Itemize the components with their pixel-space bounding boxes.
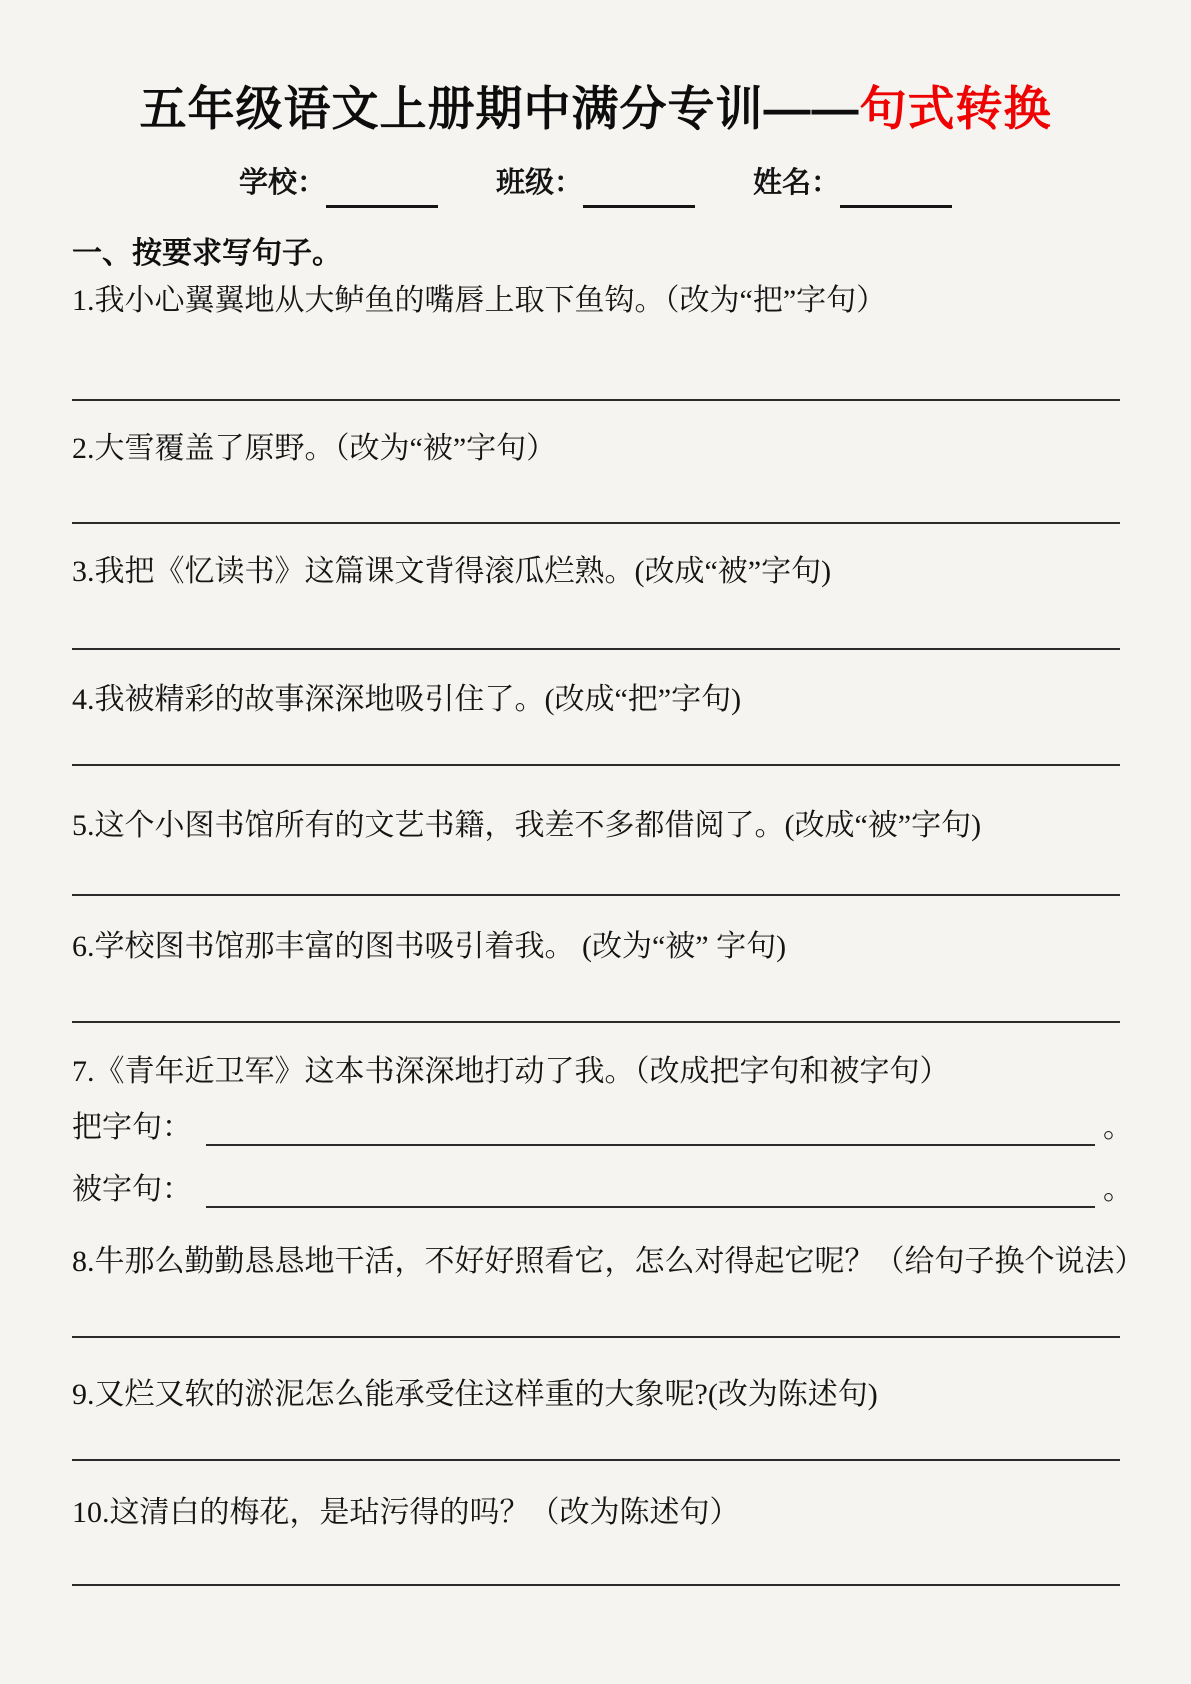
- q7-bei-blank: [206, 1176, 1095, 1208]
- q7-bei-answer-row: 被字句： 。: [72, 1168, 1133, 1208]
- page-title: 五年级语文上册期中满分专训——句式转换: [0, 72, 1191, 139]
- q7-bei-label: 被字句：: [72, 1164, 192, 1208]
- question-4: 4.我被精彩的故事深深地吸引住了。(改成“把”字句): [72, 681, 1131, 719]
- title-black-part: 五年级语文上册期中满分专训——: [140, 82, 860, 135]
- question-5: 5.这个小图书馆所有的文艺书籍，我差不多都借阅了。(改成“被”字句): [72, 807, 1131, 845]
- answer-line-q9: [72, 1459, 1120, 1461]
- question-8: 8.牛那么勤勤恳恳地干活，不好好照看它，怎么对得起它呢？（给句子换个说法）: [72, 1243, 1131, 1281]
- question-6: 6.学校图书馆那丰富的图书吸引着我。 (改为“被” 字句): [72, 928, 1131, 966]
- question-9: 9.又烂又软的淤泥怎么能承受住这样重的大象呢?(改为陈述句): [72, 1376, 1131, 1414]
- question-10: 10.这清白的梅花，是玷污得的吗？（改为陈述句）: [72, 1494, 1131, 1532]
- name-label: 姓名：: [753, 160, 840, 201]
- worksheet-page: 五年级语文上册期中满分专训——句式转换 学校： 班级： 姓名： 一、按要求写句子…: [0, 0, 1191, 1684]
- answer-line-q10: [72, 1584, 1120, 1586]
- answer-line-q1: [72, 399, 1120, 401]
- class-field: 班级：: [496, 160, 695, 208]
- answer-line-q3: [72, 648, 1120, 650]
- question-7: 7.《青年近卫军》这本书深深地打动了我。（改成把字句和被字句）: [72, 1053, 1131, 1091]
- q7-ba-period: 。: [1103, 1102, 1133, 1146]
- answer-line-q4: [72, 764, 1120, 766]
- name-blank: [840, 175, 952, 208]
- section-1-heading: 一、按要求写句子。: [72, 228, 342, 272]
- q7-bei-period: 。: [1103, 1164, 1133, 1208]
- q7-ba-label: 把字句：: [72, 1102, 192, 1146]
- answer-line-q6: [72, 1021, 1120, 1023]
- school-field: 学校：: [239, 160, 438, 208]
- q7-ba-answer-row: 把字句： 。: [72, 1106, 1133, 1146]
- school-blank: [326, 175, 438, 208]
- title-red-part: 句式转换: [860, 82, 1052, 135]
- student-info-row: 学校： 班级： 姓名：: [0, 164, 1191, 208]
- answer-line-q5: [72, 894, 1120, 896]
- name-field: 姓名：: [753, 160, 952, 208]
- question-1: 1.我小心翼翼地从大鲈鱼的嘴唇上取下鱼钩。（改为“把”字句）: [72, 282, 1131, 320]
- answer-line-q8: [72, 1336, 1120, 1338]
- class-label: 班级：: [496, 160, 583, 201]
- question-3: 3.我把《忆读书》这篇课文背得滚瓜烂熟。(改成“被”字句): [72, 553, 1131, 591]
- school-label: 学校：: [239, 160, 326, 201]
- class-blank: [583, 175, 695, 208]
- answer-line-q2: [72, 522, 1120, 524]
- q7-ba-blank: [206, 1114, 1095, 1146]
- question-2: 2.大雪覆盖了原野。（改为“被”字句）: [72, 430, 1131, 468]
